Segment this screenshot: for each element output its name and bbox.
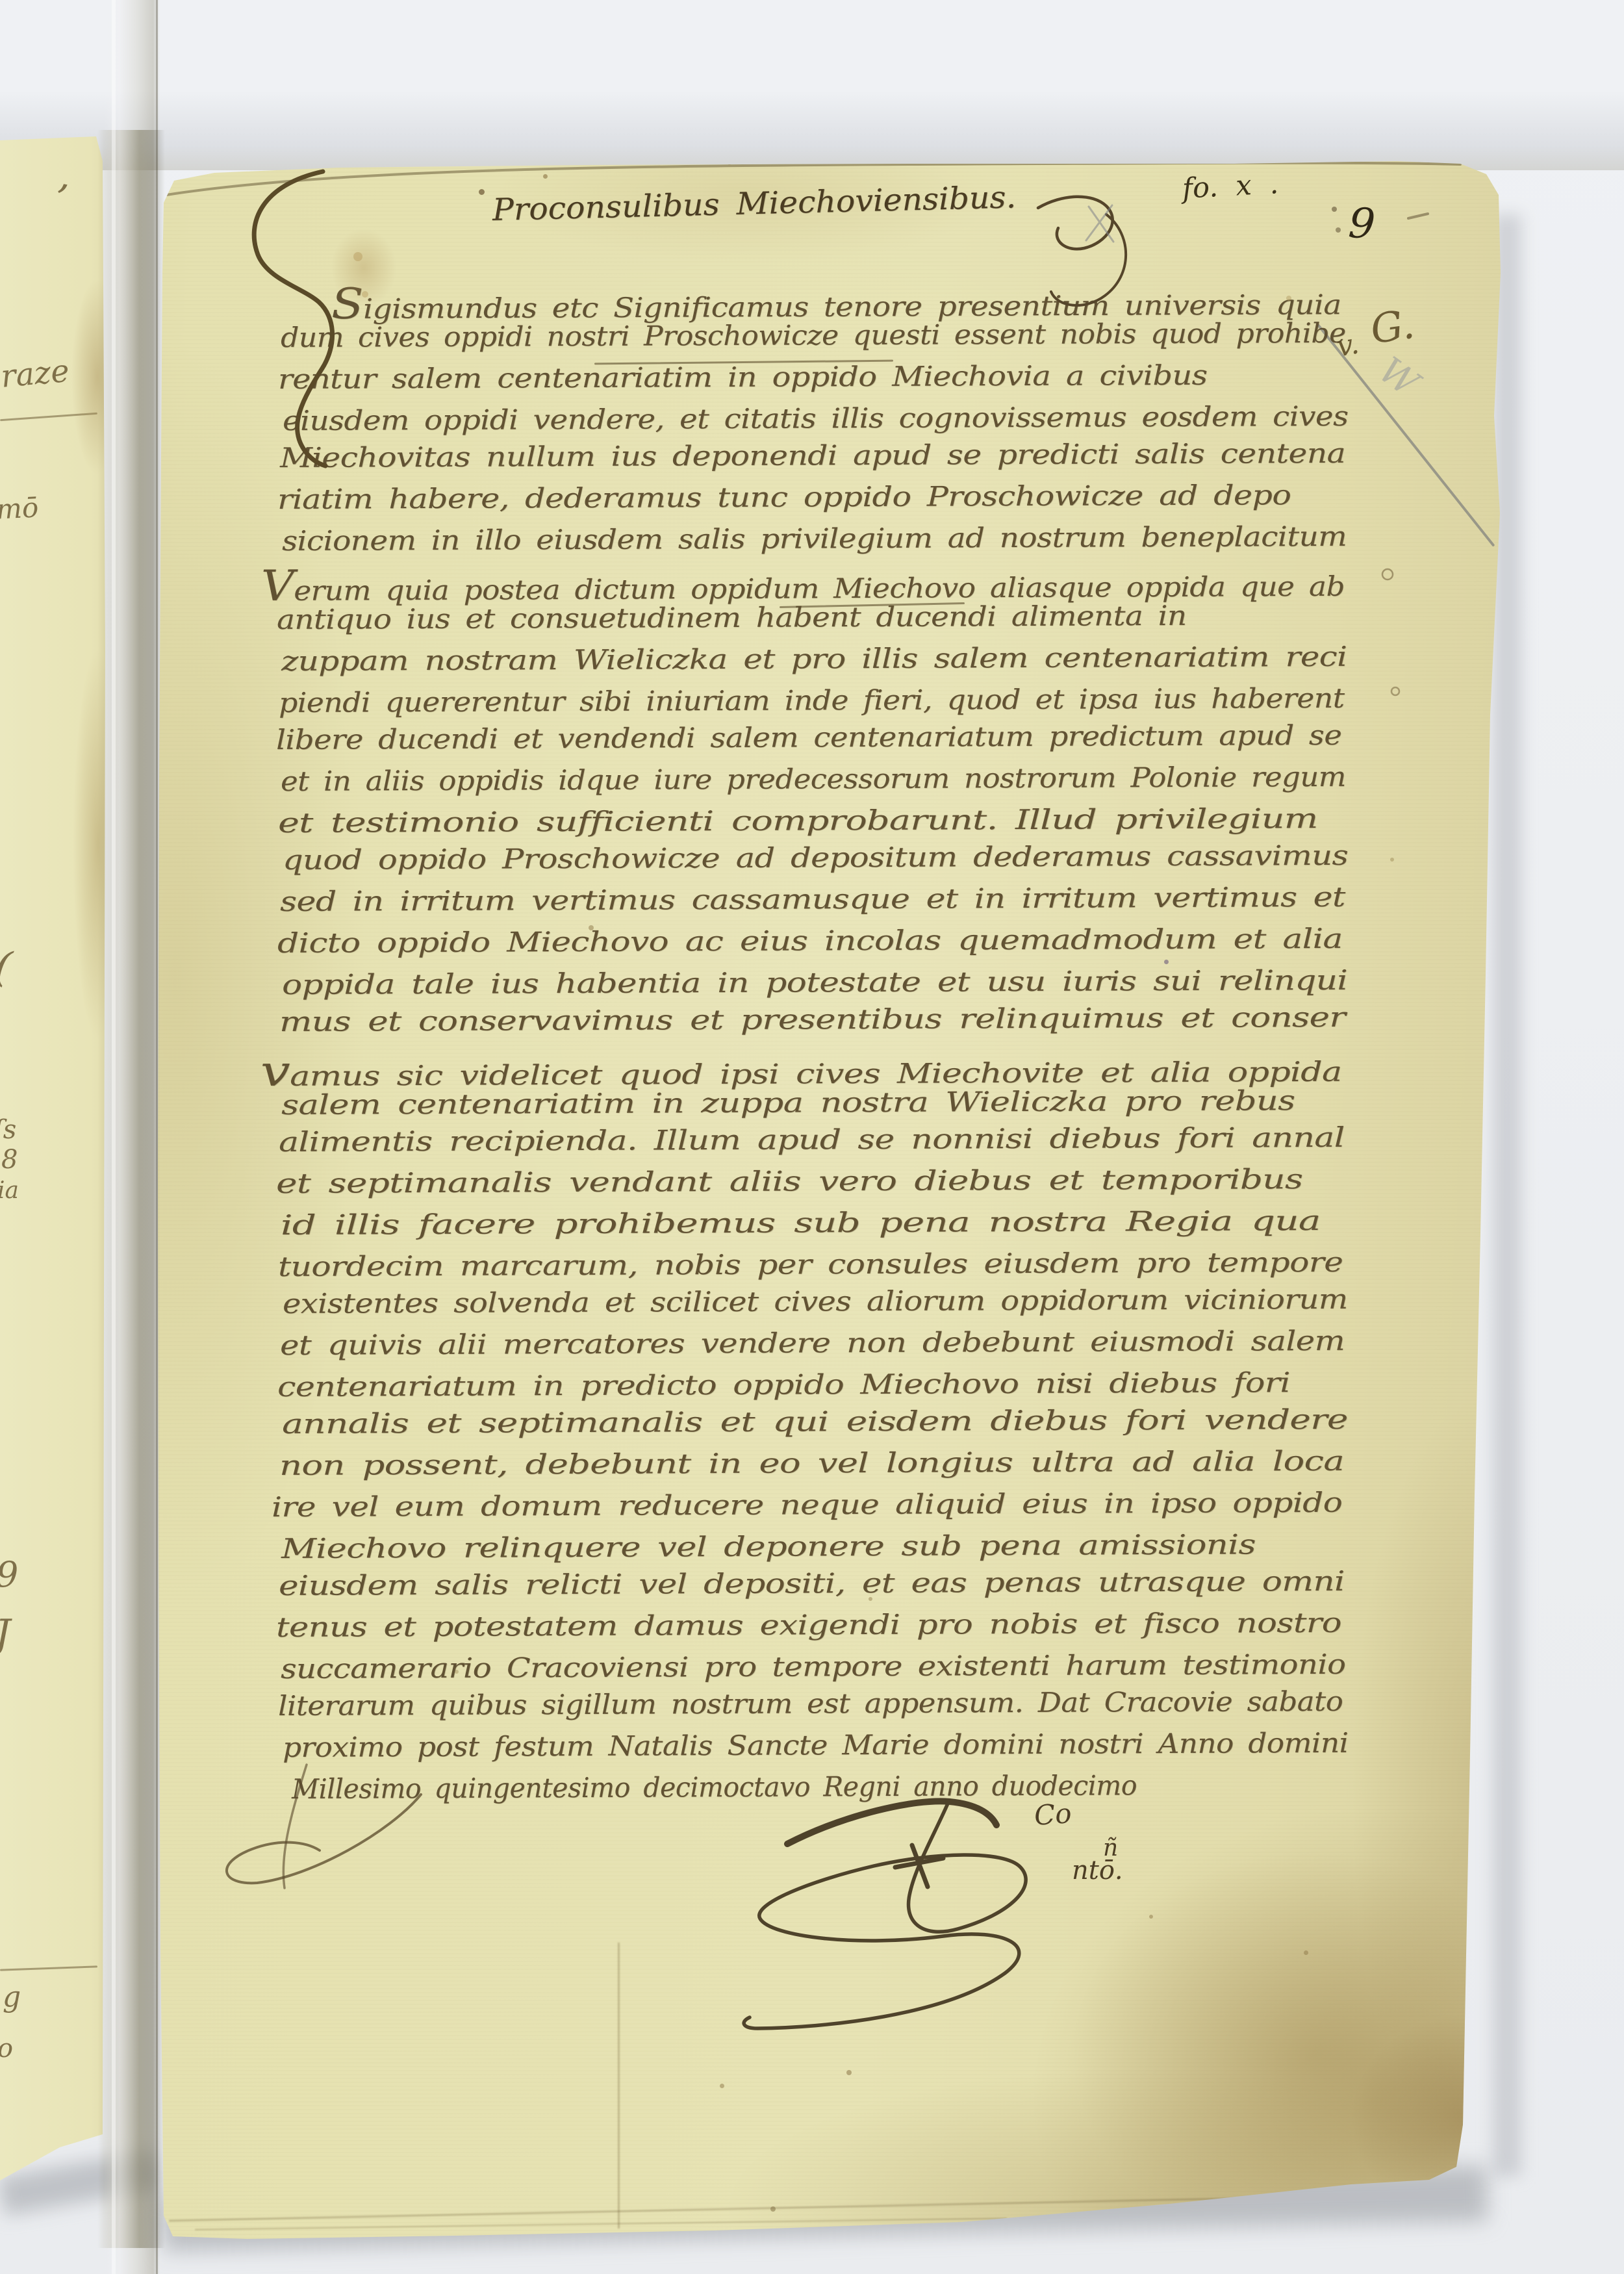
torn-top-edge-line [166,163,1460,195]
manuscript-page: Proconsulibus Miechoviensibus. fo. x . 9… [0,0,1624,2274]
adjacent-page-text-fragment: o [0,2034,13,2063]
royal-monogram-signature [744,1801,1026,2028]
ink-dash [1408,214,1428,218]
foxing-speck [479,189,485,195]
fold-crease [618,1943,620,2229]
foxing-speck [720,2084,724,2088]
header-paraph-flourish [1051,214,1126,305]
ink-ring-mark [1382,569,1393,580]
adjacent-page-text-fragment: lraze [0,353,71,396]
foxing-speck [1390,858,1394,862]
adjacent-page-text-fragment: ia [0,1177,19,1204]
foxing-speck [1304,1950,1308,1955]
adjacent-page-text-fragment: ( [0,943,14,993]
glass-edge-highlight [112,0,116,2274]
adjacent-page-text-fragment: mō [0,491,39,525]
foxing-speck [770,2206,776,2212]
foxing-speck [353,252,362,261]
signature-abbreviation: ntō. [1072,1856,1123,1885]
foxing-speck [624,1299,627,1303]
foxing-speck [543,174,548,179]
foxing-speck [1149,1915,1153,1919]
foxing-speck [589,925,594,930]
adjacent-page-stroke [0,1965,97,1971]
foxing-speck [455,1670,459,1674]
adjacent-page-text-fragment: ſs [0,1115,16,1145]
adjacent-page-text-fragment: ʼ [49,176,70,223]
page-edge-shadow-top [0,91,1624,170]
foxing-speck [846,2070,852,2075]
ink-dot [1332,207,1337,212]
dateline-swash-flourish [227,1795,421,1883]
foxing-speck [869,1597,872,1601]
header-paraph-flourish [1038,197,1113,249]
foxing-speck [1286,296,1291,301]
adjacent-page-text-fragment: 9 [0,1554,18,1595]
foxing-speck [1164,960,1169,964]
ink-dot [1336,227,1341,233]
foxing-speck [362,291,368,298]
scanned-archive-photo: { "page": { "header_title": "Proconsulib… [0,0,1624,2274]
descender-flourish [283,1765,307,1888]
glass-edge-line [156,0,158,2274]
ink-ring-mark [1391,687,1399,695]
adjacent-page-text-fragment: g [3,1980,21,2013]
registrum-brace-flourish [254,172,332,466]
foxing-speck [1067,1379,1072,1385]
adjacent-page-text-fragment: 8 [1,1145,18,1175]
signature-abbreviation: Co [1033,1797,1072,1832]
adjacent-page-text-fragment: J [0,1611,10,1657]
